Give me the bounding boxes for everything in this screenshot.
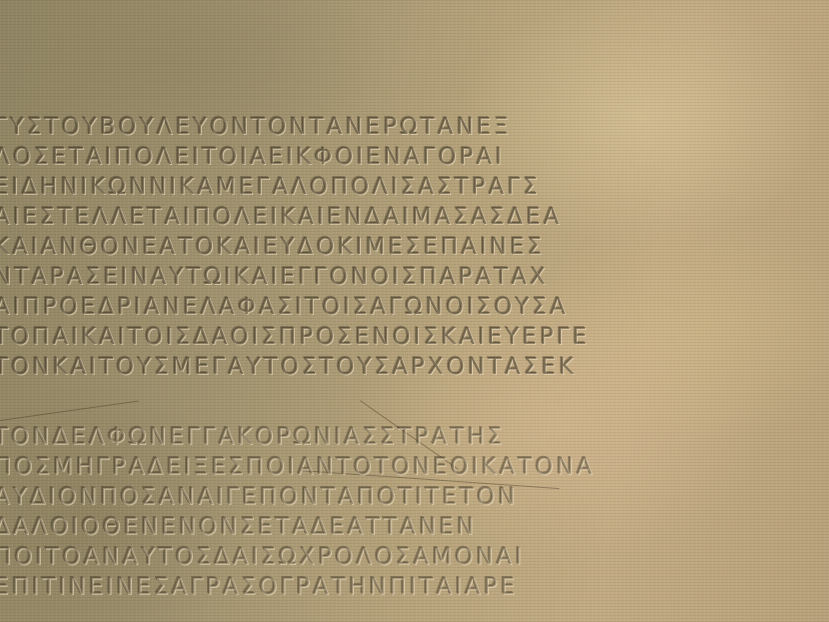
inscription-text: ΓΥΣΤΟΥΒΟΥΛΕΥΟΝΤΟΝΤΑΝΕΡΩΤΑΝΕΞ ΛΟΣΕΤΑΙΠΟΛΕ… [0, 112, 829, 602]
inscribed-stone-photo: ΓΥΣΤΟΥΒΟΥΛΕΥΟΝΤΟΝΤΑΝΕΡΩΤΑΝΕΞ ΛΟΣΕΤΑΙΠΟΛΕ… [0, 0, 829, 622]
inscription-line: ΔΑΛΟΙΟΘΕΝΕΝΟΝΣΕΤΑΔΕΑΤΤΑΝΕΝ [0, 512, 829, 542]
inscription-line: ΤΟΠΑΙΚΑΙΤΟΙΣΔΑΟΙΣΠΡΟΣΕΝΟΙΣΚΑΙΕΥΕΡΓΕ [0, 322, 829, 352]
inscription-line: ΑΙΕΣΤΕΛΛΕΤΑΙΠΟΛΕΙΚΑΙΕΝΔΑΙΜΑΣΑΣΔΕΑ [0, 202, 829, 232]
inscription-line: ΛΟΣΕΤΑΙΠΟΛΕΙΤΟΙΑΕΙΚΦΟΙΕΝΑΓΟΡΑΙ [0, 142, 829, 172]
inscription-line: ΝΤΑΡΑΣΕΙΝΑΥΤΩΙΚΑΙΕΓΓΟΝΟΙΣΠΑΡΑΤΑΧ [0, 262, 829, 292]
inscription-line: ΚΑΙΑΝΘΟΝΕΑΤΟΚΑΙΕΥΔΟΚΙΜΕΣΕΠΑΙΝΕΣ [0, 232, 829, 262]
inscription-line: ΑΙΠΡΟΕΔΡΙΑΝΕΛΑΦΑΣΙΤΟΙΣΑΓΩΝΟΙΣΟΥΣΑ [0, 292, 829, 322]
inscription-line: ΤΟΝΔΕΛΦΩΝΕΓΓΑΚΟΡΩΝΙΑΣΣΤΡΑΤΗΣ [0, 422, 829, 452]
inscription-line: ΑΥΔΙΟΝΠΟΣΑΝΑΙΓΕΠΟΝΤΑΠΟΤΙΤΕΤΟΝ [0, 482, 829, 512]
damaged-gap [0, 382, 829, 422]
inscription-line: ΕΠΙΤΙΝΕΙΝΕΣΑΓΡΑΣΟΓΡΑΤΗΝΠΙΤΑΙΑΡΕ [0, 572, 829, 602]
inscription-line: ΕΙΔΗΝΙΚΩΝΝΙΚΑΜΕΓΑΛΟΠΟΛΙΣΑΣΤΡΑΓΣ [0, 172, 829, 202]
inscription-line: ΠΟΙΤΟΑΝΑΥΤΟΣΔΑΙΣΩΧΡΟΛΟΣΑΜΟΝΑΙ [0, 542, 829, 572]
inscription-line: ΤΟΝΚΑΙΤΟΥΣΜΕΓΑΥΤΟΣΤΟΥΣΑΡΧΟΝΤΑΣΕΚ [0, 352, 829, 382]
inscription-line: ΓΥΣΤΟΥΒΟΥΛΕΥΟΝΤΟΝΤΑΝΕΡΩΤΑΝΕΞ [0, 112, 829, 142]
inscription-line: ΠΟΣΜΗΓΡΑΔΕΙΞΕΣΠΟΙΑΝΤΟΤΟΝΕΟΙΚΑΤΟΝΑ [0, 452, 829, 482]
